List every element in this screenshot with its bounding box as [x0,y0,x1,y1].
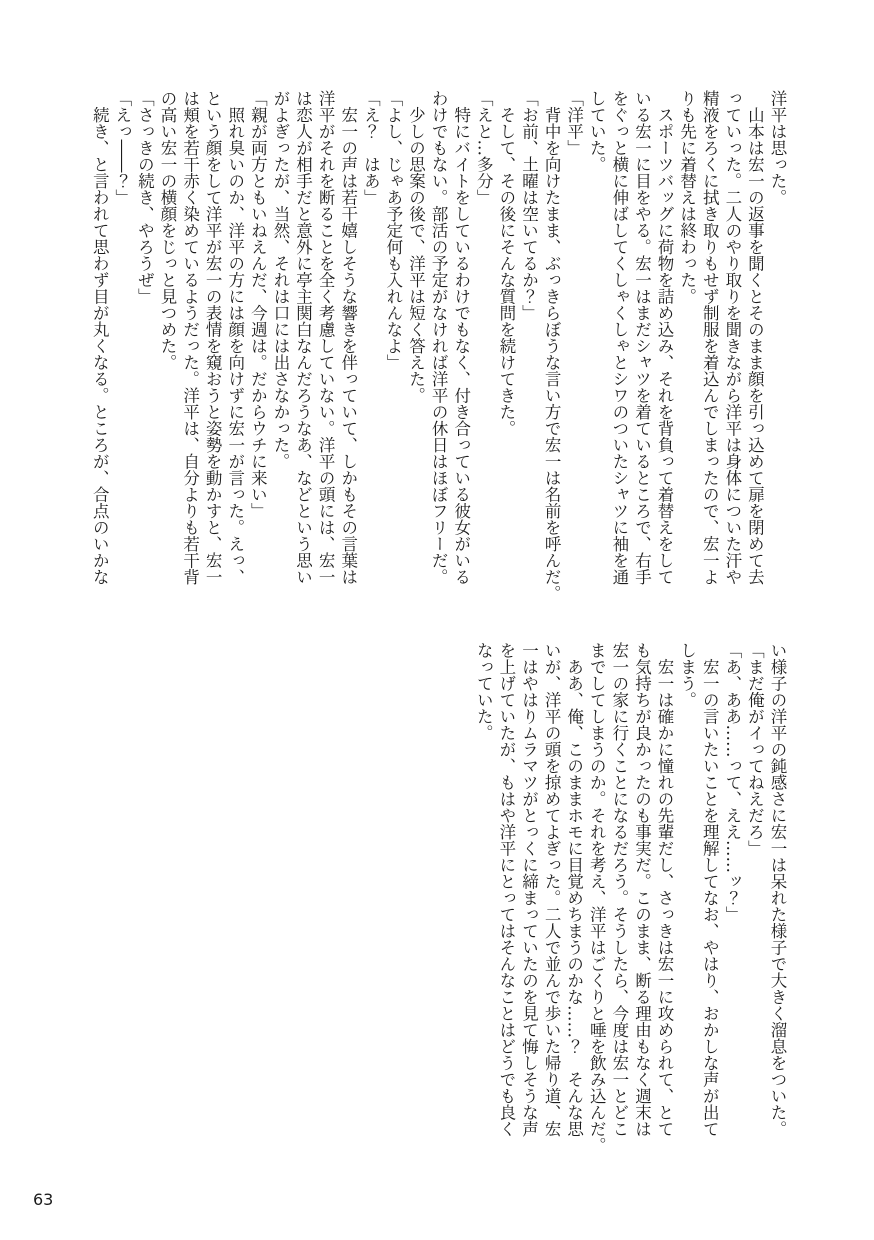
text-column: なっていた。 [472,642,495,1155]
text-column: 「お前、土曜は空いてるか？」 [517,90,540,603]
text-column: を上げていたが、もはや洋平にとってはそんなことはどうでも良く [494,642,517,1155]
text-column: 「えと…多分」 [472,90,495,603]
text-column: 照れ臭いのか、洋平の方には顔を向けずに宏一が言った。えっ、 [223,90,246,603]
text-column: は恋人が相手だと意外に亭主関白なんだろうなあ、などという思い [291,90,314,603]
text-column: ああ、俺、このままホモに目覚めちまうのかな……？ そんな思 [562,642,585,1155]
text-column: 宏一は確かに憧れの先輩だし、さっきは宏一に攻められて、とて [652,642,675,1155]
text-block-upper: 洋平は思った。 山本は宏一の返事を聞くとそのまま顔を引っ込めて扉を閉めて去ってい… [88,90,788,603]
text-column: していた。 [585,90,608,603]
text-column: りも先に着替えは終わった。 [675,90,698,603]
text-column: までしてしまうのか。それを考え、洋平はごくりと唾を飲み込んだ。 [585,642,608,1155]
text-column: 「えっ――？」 [110,90,133,603]
text-column: 「あ、ああ……って、ええ……ッ？」 [720,642,743,1155]
text-column: 「さっきの続き、やろうぜ」 [133,90,156,603]
text-column: しまう。 [675,642,698,1155]
text-column: い様子の洋平の鈍感さに宏一は呆れた様子で大きく溜息をついた。 [765,642,788,1155]
text-column: 少しの思案の後で、洋平は短く答えた。 [404,90,427,603]
text-column: っていった。二人のやり取りを聞きながら洋平は身体についた汗や [720,90,743,603]
document-page: 洋平は思った。 山本は宏一の返事を聞くとそのまま顔を引っ込めて扉を閉めて去ってい… [0,0,874,1240]
text-column: 「親が両方ともいねえんだ、今週は。だからウチに来い」 [246,90,269,603]
text-column: 宏一の声は若干嬉しそうな響きを伴っていて、しかもその言葉は [336,90,359,603]
text-column: 「よし、じゃあ予定何も入れんなよ」 [381,90,404,603]
text-column: いが、洋平の頭を掠めてよぎった。二人で並んで歩いた帰り道、宏 [539,642,562,1155]
text-column: をぐっと横に伸ばしてくしゃくしゃとシワのついたシャツに袖を通 [607,90,630,603]
text-column: 特にバイトをしているわけでもなく、付き合っている彼女がいる [449,90,472,603]
text-column: がよぎったが、当然、それは口には出さなかった。 [268,90,291,603]
text-column: そして、その後にそんな質問を続けてきた。 [494,90,517,603]
text-column: 「え？ はあ」 [359,90,382,603]
page-number: 63 [33,1190,53,1209]
text-block-lower: い様子の洋平の鈍感さに宏一は呆れた様子で大きく溜息をついた。「まだ俺がイってねえ… [472,642,788,1155]
text-column: いる宏一に目をやる。宏一はまだシャツを着ているところで、右手 [630,90,653,603]
text-column: スポーツバッグに荷物を詰め込み、それを背負って着替えをして [652,90,675,603]
text-column: も気持ちが良かったのも事実だ。このまま、断る理由もなく週末は [630,642,653,1155]
text-column: 洋平がそれを断ることを全く考慮していない。洋平の頭には、宏一 [314,90,337,603]
text-column: という顔をして洋平が宏一の表情を窺おうと姿勢を動かすと、宏一 [201,90,224,603]
text-column: 背中を向けたまま、ぶっきらぼうな言い方で宏一は名前を呼んだ。 [539,90,562,603]
text-column: 宏一の言いたいことを理解してなお、やはり、おかしな声が出て [698,642,721,1155]
text-column: の高い宏一の横顔をじっと見つめた。 [155,90,178,603]
text-column: 「洋平」 [562,90,585,603]
text-column: 洋平は思った。 [765,90,788,603]
text-column: 山本は宏一の返事を聞くとそのまま顔を引っ込めて扉を閉めて去 [743,90,766,603]
text-column: 続き、と言われて思わず目が丸くなる。ところが、合点のいかな [88,90,111,603]
text-column: は頬を若干赤く染めているようだった。洋平は、自分よりも若干背 [178,90,201,603]
text-column: 一はやはりムラマツがとっくに締まっていたのを見て悔しそうな声 [517,642,540,1155]
text-column: 宏一の家に行くことになるだろう。そうしたら、今度は宏一とどこ [607,642,630,1155]
text-column: わけでもない。部活の予定がなければ洋平の休日はほぼフリーだ。 [427,90,450,603]
text-column: 「まだ俺がイってねえだろ」 [743,642,766,1155]
text-column: 精液をろくに拭き取りもせず制服を着込んでしまったので、宏一よ [698,90,721,603]
